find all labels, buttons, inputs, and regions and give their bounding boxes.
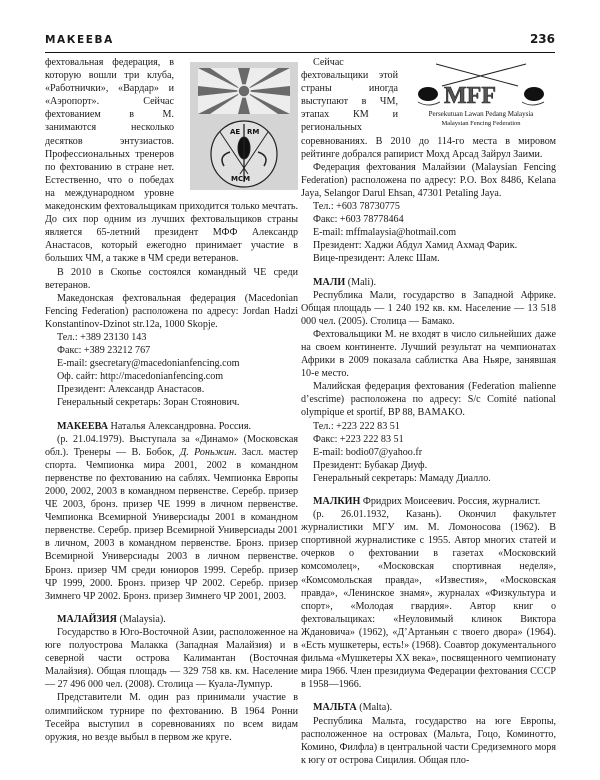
mali-secretary: Генеральный секретарь: Мамаду Диалло. (301, 472, 556, 485)
macedonia-secretary: Генеральный секретарь: Зоран Стоянович. (45, 396, 298, 409)
macedonian-fencing-federation-logo-icon: AE RM MCM (190, 62, 298, 190)
entry-heading-malkin: МАЛКИН Фридрих Моисеевич. Россия, журнал… (301, 495, 556, 508)
macedonia-federation-address: Македонская фехтовальная федерация (Mace… (45, 292, 298, 331)
svg-text:AE: AE (230, 128, 240, 136)
malta-paragraph: Республика Мальта, государство на юге Ев… (301, 715, 556, 767)
right-column: MFF Persekutuan Lawan Pedang Malaysia Ma… (301, 56, 556, 767)
malaysia-email: E-mail: mffmalaysia@hotmail.com (301, 226, 556, 239)
svg-text:Persekutuan Lawan Pedang Malay: Persekutuan Lawan Pedang Malaysia (429, 110, 535, 118)
malkin-biography: (р. 26.01.1932, Казань). Окончил факульт… (301, 508, 556, 691)
mali-president: Президент: Бубакар Диуф. (301, 459, 556, 472)
macedonia-fax: Факс: +389 23212 767 (45, 344, 298, 357)
entry-heading-mali: МАЛИ (Mali). (301, 276, 556, 289)
page-number: 236 (530, 32, 555, 46)
mali-paragraph: Фехтовальщики М. не входят в число сильн… (301, 328, 556, 380)
svg-text:MCM: MCM (231, 175, 250, 183)
malaysian-fencing-federation-logo-icon: MFF Persekutuan Lawan Pedang Malaysia Ma… (406, 58, 556, 130)
running-head: МАКЕЕВА (45, 34, 114, 46)
macedonia-president: Президент: Александр Анастасов. (45, 383, 298, 396)
macedonia-phone: Тел.: +389 23130 143 (45, 331, 298, 344)
mali-phone: Тел.: +223 222 83 51 (301, 420, 556, 433)
macedonia-paragraph: В 2010 в Скопье состоялся командный ЧЕ с… (45, 266, 298, 292)
svg-text:RM: RM (247, 128, 259, 136)
mali-paragraph: Республика Мали, государство в Западной … (301, 289, 556, 328)
makeeva-biography: (р. 21.04.1979). Выступала за «Динамо» (… (45, 433, 298, 603)
malaysia-federation-address: Федерация фехтования Малайзии (Malaysian… (301, 161, 556, 200)
page-header: МАКЕЕВА 236 (45, 32, 555, 53)
malaysia-phone: Тел.: +603 78730775 (301, 200, 556, 213)
malaysia-paragraph: Государство в Юго-Восточной Азии, распол… (45, 626, 298, 691)
mali-federation-address: Малийская федерация фехтования (Federati… (301, 380, 556, 419)
malaysia-president: Президент: Хаджи Абдул Хамид Ахмад Фарик… (301, 239, 556, 252)
entry-heading-malaysia: МАЛАЙЗИЯ (Malaysia). (45, 613, 298, 626)
svg-text:Malaysian Fencing Federation: Malaysian Fencing Federation (441, 120, 521, 127)
malaysia-vice-president: Вице-президент: Алекс Шам. (301, 252, 556, 265)
mali-email: E-mail: bodio07@yahoo.fr (301, 446, 556, 459)
malaysia-paragraph: Представители М. один раз принимали учас… (45, 691, 298, 743)
entry-heading-malta: МАЛЬТА (Malta). (301, 701, 556, 714)
mali-fax: Факс: +223 222 83 51 (301, 433, 556, 446)
svg-text:MFF: MFF (444, 83, 496, 109)
left-column: AE RM MCM фехтовальная федерация, в кото… (45, 56, 298, 744)
malaysia-fax: Факс: +603 78778464 (301, 213, 556, 226)
macedonia-email: E-mail: gsecretary@macedonianfencing.com (45, 357, 298, 370)
entry-heading-makeeva: МАКЕЕВА Наталья Александровна. Россия. (45, 420, 298, 433)
macedonia-website: Оф. сайт: http://macedonianfencing.com (45, 370, 298, 383)
